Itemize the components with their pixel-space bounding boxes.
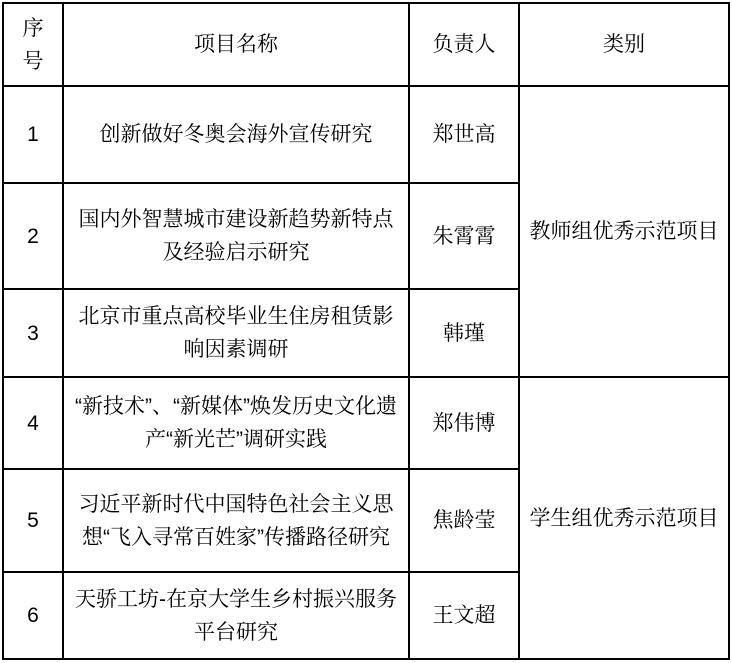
header-row: 序号 项目名称 负责人 类别: [3, 3, 729, 86]
leader-name: 韩瑾: [409, 289, 519, 377]
leader-name: 郑世高: [409, 86, 519, 183]
category-cell-student-group: 学生组优秀示范项目: [519, 377, 729, 659]
table-row: 1 创新做好冬奥会海外宣传研究 郑世高 教师组优秀示范项目: [3, 86, 729, 183]
project-name: 习近平新时代中国特色社会主义思想“飞入寻常百姓家”传播路径研究: [63, 469, 409, 572]
row-number: 6: [3, 572, 63, 659]
leader-name: 王文超: [409, 572, 519, 659]
leader-name: 焦龄莹: [409, 469, 519, 572]
column-header-leader: 负责人: [409, 3, 519, 86]
table-row: 4 “新技术”、“新媒体”焕发历史文化遗产“新光芒”调研实践 郑伟博 学生组优秀…: [3, 377, 729, 469]
projects-table: 序号 项目名称 负责人 类别 1 创新做好冬奥会海外宣传研究 郑世高 教师组优秀…: [2, 2, 730, 660]
project-name: 天骄工坊-在京大学生乡村振兴服务平台研究: [63, 572, 409, 659]
row-number: 3: [3, 289, 63, 377]
column-header-category: 类别: [519, 3, 729, 86]
row-number: 1: [3, 86, 63, 183]
leader-name: 朱霄霄: [409, 183, 519, 289]
category-cell-teacher-group: 教师组优秀示范项目: [519, 86, 729, 377]
row-number: 5: [3, 469, 63, 572]
column-header-no: 序号: [3, 3, 63, 86]
leader-name: 郑伟博: [409, 377, 519, 469]
project-name: 北京市重点高校毕业生住房租赁影响因素调研: [63, 289, 409, 377]
row-number: 4: [3, 377, 63, 469]
project-name: 国内外智慧城市建设新趋势新特点及经验启示研究: [63, 183, 409, 289]
project-name: “新技术”、“新媒体”焕发历史文化遗产“新光芒”调研实践: [63, 377, 409, 469]
column-header-project: 项目名称: [63, 3, 409, 86]
project-name: 创新做好冬奥会海外宣传研究: [63, 86, 409, 183]
row-number: 2: [3, 183, 63, 289]
